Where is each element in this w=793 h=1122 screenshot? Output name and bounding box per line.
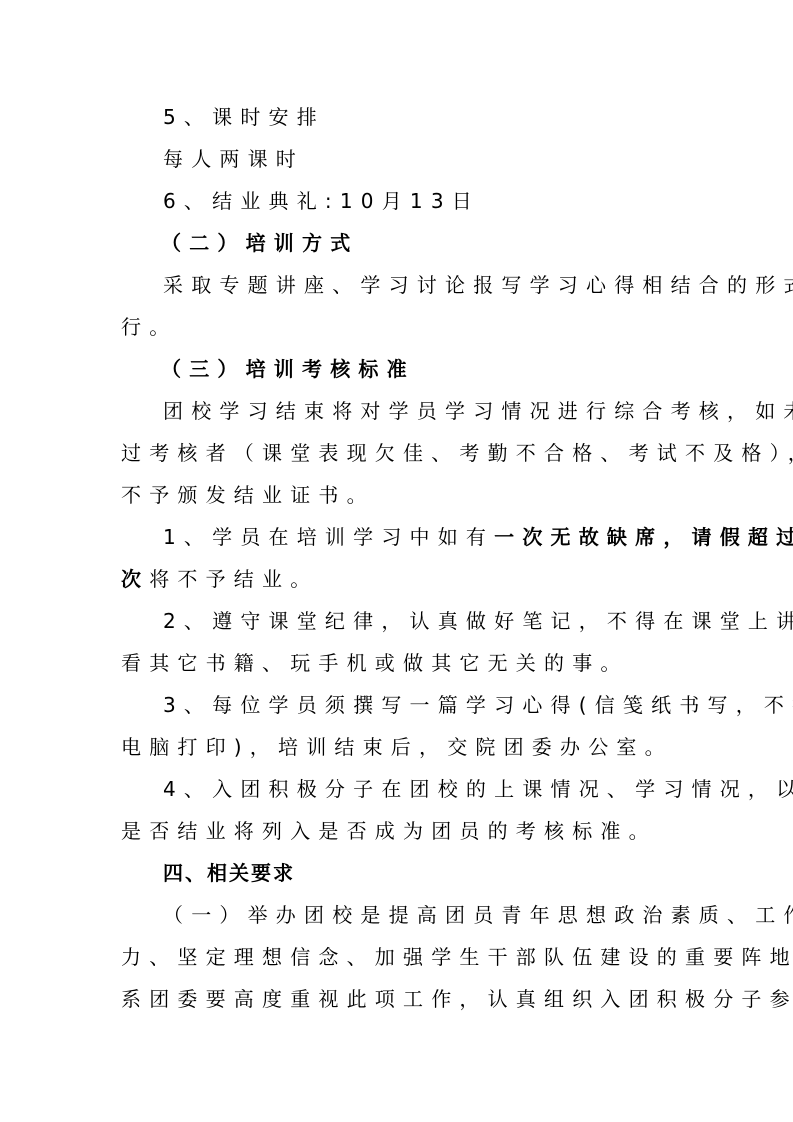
rule-1-text: 1、学员在培训学习中如有 <box>163 525 494 549</box>
rule-1-emphasis: 一次无故缺席，请假超过两 <box>494 525 793 549</box>
document-page: 5、课时安排 每人两课时 6、结业典礼:10月13日 （二）培训方式 采取专题讲… <box>121 96 673 1020</box>
schedule-item-6: 6、结业典礼:10月13日 <box>121 180 673 222</box>
schedule-hours-text: 每人两课时 <box>121 138 673 180</box>
assessment-paragraph: 团校学习结束将对学员学习情况进行综合考核，如未通 过考核者（课堂表现欠佳、考勤不… <box>121 390 673 516</box>
schedule-item-5: 5、课时安排 <box>121 96 673 138</box>
section-training-method-heading: （二）培训方式 <box>121 222 673 264</box>
section-requirements-heading: 四、相关要求 <box>121 852 673 894</box>
rule-1-paragraph: 1、学员在培训学习中如有一次无故缺席，请假超过两 次将不予结业。 <box>121 516 673 600</box>
rule-1-text-cont: 将不予结业。 <box>149 567 318 591</box>
requirement-1-paragraph: （一）举办团校是提高团员青年思想政治素质、工作能 力、坚定理想信念、加强学生干部… <box>121 894 673 1020</box>
rule-4-paragraph: 4、入团积极分子在团校的上课情况、学习情况，以及 是否结业将列入是否成为团员的考… <box>121 768 673 852</box>
rule-3-paragraph: 3、每位学员须撰写一篇学习心得(信笺纸书写，不得用 电脑打印)，培训结束后，交院… <box>121 684 673 768</box>
rule-1-emphasis-cont: 次 <box>121 567 149 591</box>
rule-2-paragraph: 2、遵守课堂纪律，认真做好笔记，不得在课堂上讲话、 看其它书籍、玩手机或做其它无… <box>121 600 673 684</box>
section-assessment-heading: （三）培训考核标准 <box>121 348 673 390</box>
training-method-paragraph: 采取专题讲座、学习讨论报写学习心得相结合的形式进 行。 <box>121 264 673 348</box>
